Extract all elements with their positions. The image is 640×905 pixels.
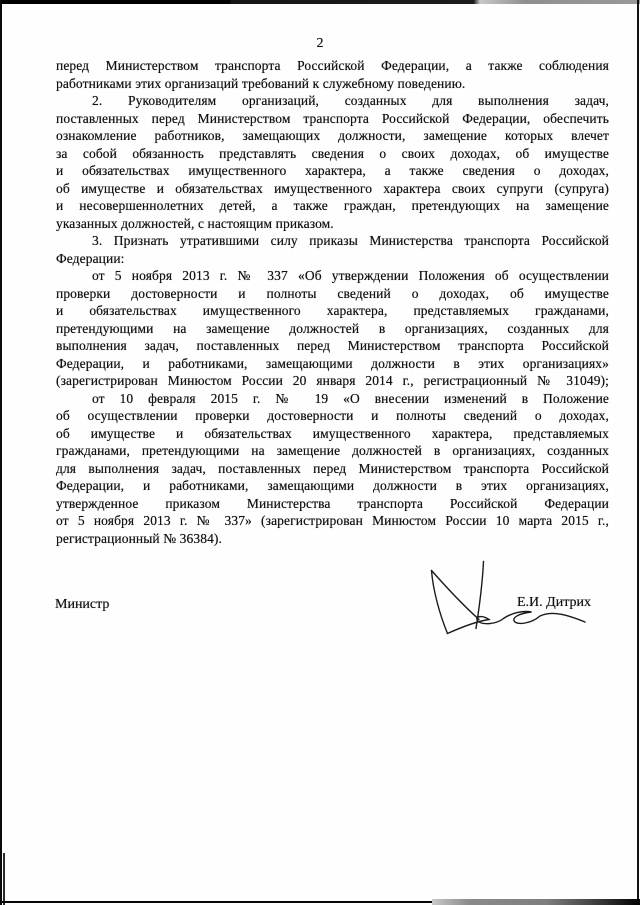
text-line: от 10 февраля 2015 г. № 19 «О внесении и… — [56, 390, 609, 408]
minister-title: Министр — [55, 597, 109, 613]
text-line: 3. Признать утратившими силу приказы Мин… — [56, 232, 609, 250]
scan-edge-top — [0, 0, 640, 4]
scan-edge-right — [637, 0, 639, 905]
text-line: Федерации, и работниками, замещающими до… — [56, 477, 609, 495]
text-line: за собой обязанность представлять сведен… — [56, 145, 609, 163]
text-line: указанных должностей, с настоящим приказ… — [56, 215, 609, 233]
text-line: от 5 ноября 2013 г. № 337» (зарегистриро… — [56, 512, 609, 530]
text-line: об осуществлении проверки достоверности … — [56, 407, 609, 425]
text-line: выполнения задач, поставленных перед Мин… — [56, 337, 609, 355]
scan-edge-left-shift — [3, 853, 5, 905]
text-line: (зарегистрирован Минюстом России 20 янва… — [56, 372, 609, 390]
text-line: 2. Руководителям организаций, созданных … — [56, 92, 609, 110]
text-line: об имуществе и обязательствах имуществен… — [56, 425, 609, 443]
scan-edge-left — [0, 0, 2, 905]
text-line: Федерации, и работниками, замещающими до… — [56, 355, 609, 373]
text-line: перед Министерством транспорта Российско… — [56, 57, 609, 75]
text-line: работниками этих организаций требований … — [56, 75, 609, 93]
text-line: проверки достоверности и полноты сведени… — [56, 285, 609, 303]
text-line: об имуществе и обязательствах имуществен… — [56, 180, 609, 198]
document-body: перед Министерством транспорта Российско… — [56, 57, 609, 547]
text-line: и несовершеннолетних детей, а также граж… — [56, 197, 609, 215]
text-line: и обязательствах имущественного характер… — [56, 162, 609, 180]
scanned-document-page: 2 перед Министерством транспорта Российс… — [0, 0, 640, 905]
text-line: поставленных перед Министерством транспо… — [56, 110, 609, 128]
signatory-name: Е.И. Дитрих — [517, 595, 591, 611]
text-line: для выполнения задач, поставленных перед… — [56, 460, 609, 478]
text-line: утвержденное приказом Министерства транс… — [56, 495, 609, 513]
text-line: ознакомление работников, замещающих долж… — [56, 127, 609, 145]
text-line: Федерации: — [56, 250, 609, 268]
text-line: гражданами, претендующими на замещение д… — [56, 442, 609, 460]
text-line: от 5 ноября 2013 г. № 337 «Об утверждени… — [56, 267, 609, 285]
page-number: 2 — [0, 36, 640, 52]
text-line: и обязательствах имущественного характер… — [56, 302, 609, 320]
text-line: регистрационный № 36384). — [56, 530, 609, 548]
text-line: претендующими на замещение должностей в … — [56, 320, 609, 338]
scan-edge-bottom-right — [432, 899, 640, 905]
